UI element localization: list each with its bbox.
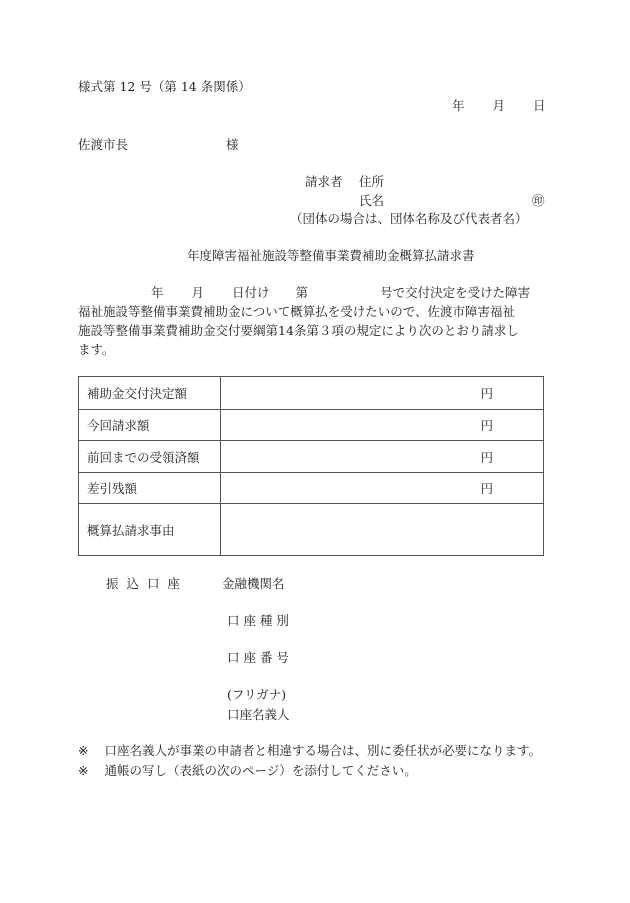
requester-note: （団体の場合は、団体名称及び代表者名）: [290, 213, 528, 226]
date-month: 月: [493, 98, 506, 113]
honorific: 様: [226, 139, 239, 152]
institution-label: 金融機関名: [222, 578, 285, 591]
table-row: 概算払請求事由: [79, 504, 544, 556]
note-mark: ※: [78, 743, 88, 758]
bank-section-label: 振 込 口 座: [106, 578, 180, 591]
amount-field[interactable]: 円: [221, 441, 544, 473]
note-text: 通帳の写し（表紙の次のページ）を添付してください。: [104, 763, 416, 778]
furigana-label: (フリガナ): [227, 689, 286, 702]
addressee: 佐渡市長: [78, 139, 128, 152]
table-row: 前回までの受領済額 円: [79, 441, 544, 473]
form-number: 様式第 12 号（第 14 条関係）: [78, 81, 251, 94]
row-label: 概算払請求事由: [79, 504, 221, 556]
name-label: 氏名: [359, 195, 384, 208]
request-paragraph: 年月日付け第号で交付決定を受けた障害 福祉施設等整備事業費補助金について概算払を…: [78, 283, 548, 359]
paragraph-line-2: 福祉施設等整備事業費補助金について概算払を受けたいので、佐渡市障害福祉: [78, 302, 548, 321]
reason-field[interactable]: [221, 504, 544, 556]
note-text: 口座名義人が事業の申請者と相違する場合は、別に委任状が必要になります。: [104, 743, 541, 758]
address-label: 住所: [359, 176, 384, 189]
date-year: 年: [452, 98, 465, 113]
document-title: 年度障害福祉施設等整備事業費補助金概算払請求書: [187, 250, 475, 263]
requester-role: 請求者: [305, 176, 343, 189]
table-row: 差引残額 円: [79, 473, 544, 504]
table-row: 補助金交付決定額 円: [79, 377, 544, 410]
paragraph-line-4: ます。: [78, 340, 548, 359]
amount-field[interactable]: 円: [221, 410, 544, 441]
row-label: 前回までの受領済額: [79, 441, 221, 473]
account-holder-field[interactable]: [295, 686, 540, 724]
row-label: 補助金交付決定額: [79, 377, 221, 410]
row-label: 今回請求額: [79, 410, 221, 441]
amount-field[interactable]: 円: [221, 473, 544, 504]
account-number-field[interactable]: [290, 648, 540, 666]
paragraph-line-1: 年月日付け第号で交付決定を受けた障害: [78, 283, 548, 302]
note-mark: ※: [78, 763, 88, 778]
seal-mark: ㊞: [532, 195, 545, 208]
date-line: 年月日: [452, 100, 546, 113]
account-type-field[interactable]: [290, 611, 540, 629]
address-field[interactable]: [390, 172, 540, 190]
account-holder-label: 口座名義人: [227, 709, 290, 722]
amount-field[interactable]: 円: [221, 377, 544, 410]
row-label: 差引残額: [79, 473, 221, 504]
name-field[interactable]: [390, 191, 530, 209]
amount-table: 補助金交付決定額 円 今回請求額 円 前回までの受領済額 円 差引残額 円 概算…: [78, 376, 544, 556]
table-row: 今回請求額 円: [79, 410, 544, 441]
account-number-label: 口 座 番 号: [227, 652, 289, 665]
note-2: ※通帳の写し（表紙の次のページ）を添付してください。: [78, 765, 417, 778]
account-type-label: 口 座 種 別: [227, 615, 289, 628]
date-day: 日: [533, 98, 546, 113]
paragraph-line-3: 施設等整備事業費補助金交付要綱第14条第３項の規定により次のとおり請求し: [78, 321, 548, 340]
institution-field[interactable]: [290, 574, 540, 592]
note-1: ※口座名義人が事業の申請者と相違する場合は、別に委任状が必要になります。: [78, 745, 541, 758]
